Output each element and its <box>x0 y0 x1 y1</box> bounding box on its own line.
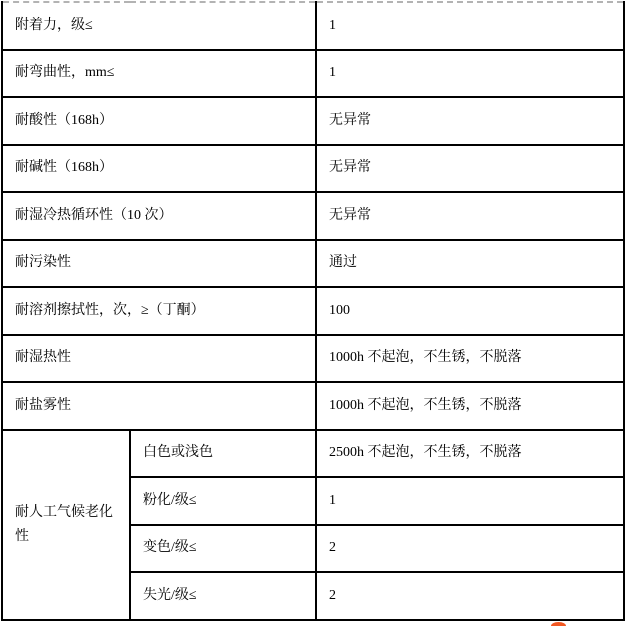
table-row: 耐湿冷热循环性（10 次） 无异常 <box>2 192 624 240</box>
property-value: 2 <box>316 572 624 620</box>
property-value: 1000h 不起泡，不生锈，不脱落 <box>316 382 624 430</box>
property-value: 无异常 <box>316 192 624 240</box>
property-value: 1000h 不起泡，不生锈，不脱落 <box>316 335 624 383</box>
property-value: 1 <box>316 477 624 525</box>
watermark-fragment <box>551 622 566 626</box>
property-label: 耐湿冷热循环性（10 次） <box>2 192 316 240</box>
document-page: 附着力，级≤ 1 耐弯曲性，mm≤ 1 耐酸性（168h） 无异常 耐碱性（16… <box>0 0 627 627</box>
table-row: 耐溶剂擦拭性，次，≥（丁酮） 100 <box>2 287 624 335</box>
property-label: 耐湿热性 <box>2 335 316 383</box>
property-value: 100 <box>316 287 624 335</box>
sub-property-label: 失光/级≤ <box>130 572 316 620</box>
table-row: 耐碱性（168h） 无异常 <box>2 145 624 193</box>
table-row: 附着力，级≤ 1 <box>2 2 624 50</box>
sub-property-label: 白色或浅色 <box>130 430 316 478</box>
property-value: 无异常 <box>316 145 624 193</box>
property-label: 附着力，级≤ <box>2 2 316 50</box>
property-label: 耐溶剂擦拭性，次，≥（丁酮） <box>2 287 316 335</box>
table-row: 耐酸性（168h） 无异常 <box>2 97 624 145</box>
property-value: 通过 <box>316 240 624 288</box>
sub-property-label: 变色/级≤ <box>130 525 316 573</box>
property-value: 无异常 <box>316 97 624 145</box>
sub-property-label: 粉化/级≤ <box>130 477 316 525</box>
table-row: 耐弯曲性，mm≤ 1 <box>2 50 624 98</box>
property-label: 耐弯曲性，mm≤ <box>2 50 316 98</box>
property-label: 耐盐雾性 <box>2 382 316 430</box>
property-value: 1 <box>316 2 624 50</box>
spec-table: 附着力，级≤ 1 耐弯曲性，mm≤ 1 耐酸性（168h） 无异常 耐碱性（16… <box>1 1 625 621</box>
group-label: 耐人工气候老化性 <box>2 430 130 620</box>
table-row: 耐湿热性 1000h 不起泡，不生锈，不脱落 <box>2 335 624 383</box>
table-row: 耐人工气候老化性 白色或浅色 2500h 不起泡，不生锈，不脱落 <box>2 430 624 478</box>
property-label: 耐污染性 <box>2 240 316 288</box>
property-value: 2 <box>316 525 624 573</box>
property-value: 2500h 不起泡，不生锈，不脱落 <box>316 430 624 478</box>
property-value: 1 <box>316 50 624 98</box>
property-label: 耐碱性（168h） <box>2 145 316 193</box>
property-label: 耐酸性（168h） <box>2 97 316 145</box>
table-row: 耐污染性 通过 <box>2 240 624 288</box>
table-row: 耐盐雾性 1000h 不起泡，不生锈，不脱落 <box>2 382 624 430</box>
